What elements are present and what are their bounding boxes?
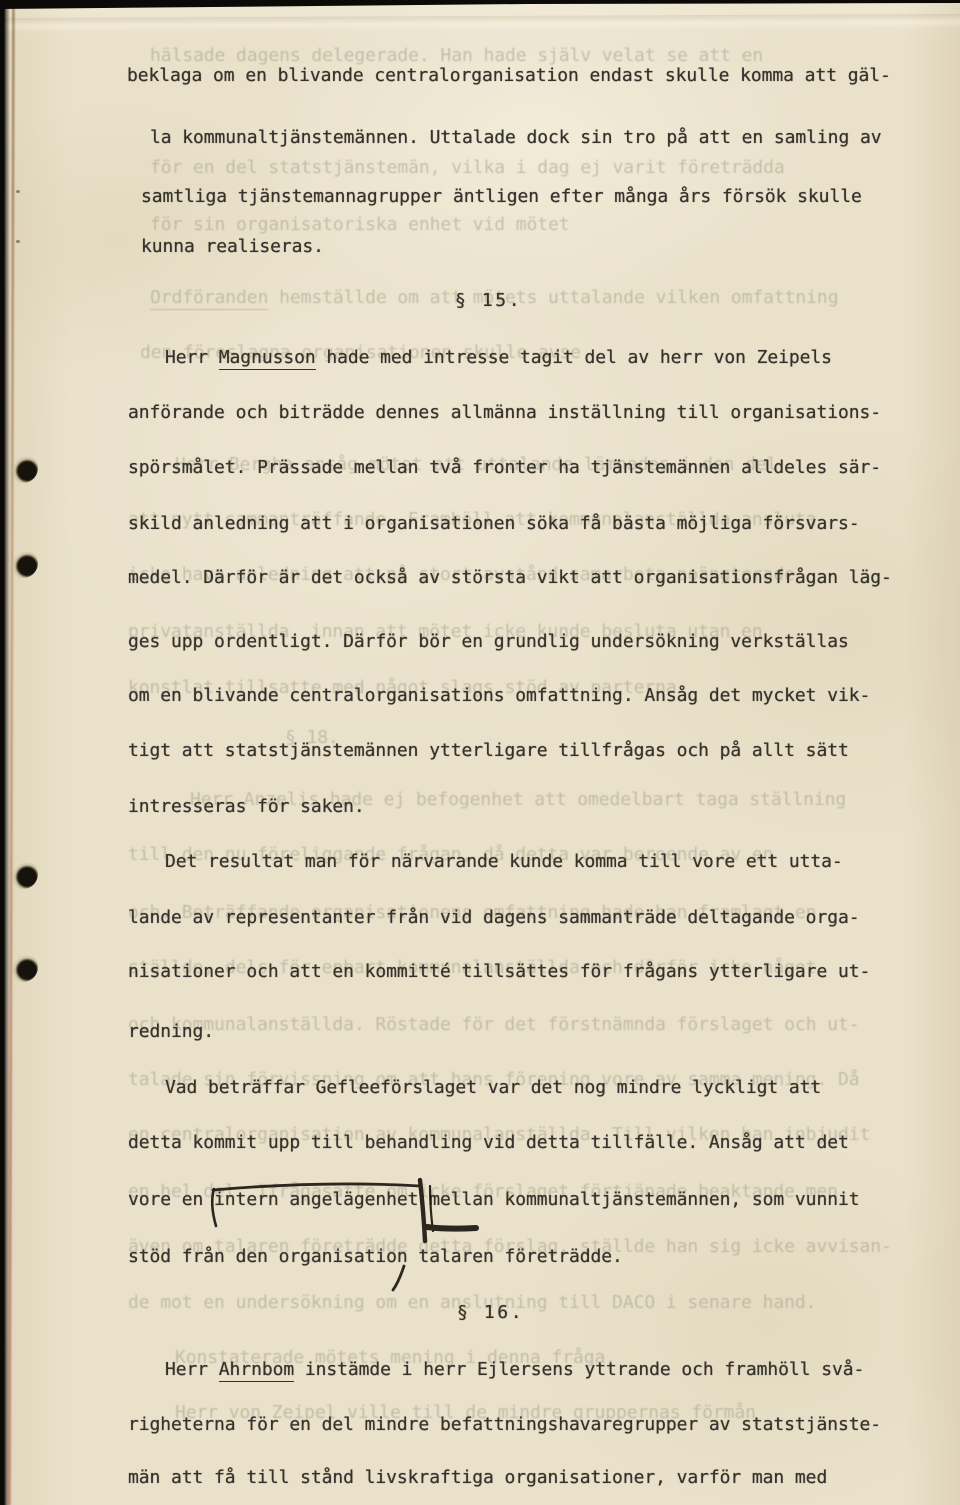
scan-edge-top	[0, 0, 960, 10]
typed-line: om en blivande centralorganisations omfa…	[128, 686, 870, 706]
punch-hole	[8, 453, 38, 483]
punch-hole	[8, 548, 38, 578]
typed-line: män att få till stånd livskraftiga organ…	[128, 1468, 827, 1488]
typed-line: kunna realiseras.	[141, 237, 324, 257]
typed-line: tigt att statstjänstemännen ytterligare …	[128, 741, 849, 761]
underlined-word: Magnusson	[219, 347, 316, 370]
typed-line: vore en intern angelägenhet mellan kommu…	[128, 1190, 859, 1210]
typed-line: stöd från den organisation talaren föret…	[128, 1247, 623, 1267]
ghost-line: och kommunalanställda. Röstade för det f…	[128, 1015, 859, 1035]
typed-line: ges upp ordentligt. Därför bör en grundl…	[128, 632, 849, 652]
typed-line: samtliga tjänstemannagrupper äntligen ef…	[141, 187, 862, 207]
ghost-line: hälsade dagens delegerade. Han hade själ…	[150, 46, 763, 66]
ghost-line: för en del statstjänstemän, vilka i dag …	[150, 158, 785, 178]
scanned-page: hälsade dagens delegerade. Han hade själ…	[0, 0, 960, 1505]
typed-line: skild anledning att i organisationen sök…	[128, 514, 859, 534]
scan-edge-left	[0, 0, 10, 1505]
typed-line: lande av representanter från vid dagens …	[128, 908, 859, 928]
underlined-word: Ahrnbom	[219, 1359, 294, 1382]
paper-fold	[0, 14, 960, 32]
typed-line: detta kommit upp till behandling vid det…	[128, 1133, 849, 1153]
typed-line: spörsmålet. Prässade mellan två fronter …	[128, 458, 881, 478]
section-heading: § 15.	[455, 291, 522, 311]
typed-line: Vad beträffar Gefleeförslaget var det no…	[165, 1078, 821, 1098]
typed-line: medel. Därför är det också av största vi…	[128, 568, 892, 588]
ghost-line: för sin organisatoriska enhet vid mötet	[150, 215, 570, 235]
typed-line: Det resultat man för närvarande kunde ko…	[165, 852, 843, 872]
paper-speck	[16, 240, 20, 243]
typed-line: Herr Magnusson hade med intresse tagit d…	[165, 348, 832, 368]
paper-speck	[16, 190, 20, 193]
punch-hole	[8, 952, 38, 982]
typed-line: Herr Ahrnbom instämde i herr Ejlersens y…	[165, 1360, 864, 1380]
typed-line: righeterna för en del mindre befattnings…	[128, 1415, 881, 1435]
typed-line: anförande och biträdde dennes allmänna i…	[128, 403, 881, 423]
typed-line: intresseras för saken.	[128, 797, 365, 817]
typed-line: redning.	[128, 1022, 214, 1042]
typed-line: nisationer och att en kommitté tillsätte…	[128, 962, 870, 982]
typed-line: beklaga om en blivande centralorganisati…	[127, 66, 891, 86]
typed-line: la kommunaltjänstemännen. Uttalade dock …	[150, 128, 881, 148]
punch-hole	[8, 859, 38, 889]
underlined-word: Ordföranden	[150, 287, 268, 310]
section-heading: § 16.	[457, 1303, 524, 1323]
